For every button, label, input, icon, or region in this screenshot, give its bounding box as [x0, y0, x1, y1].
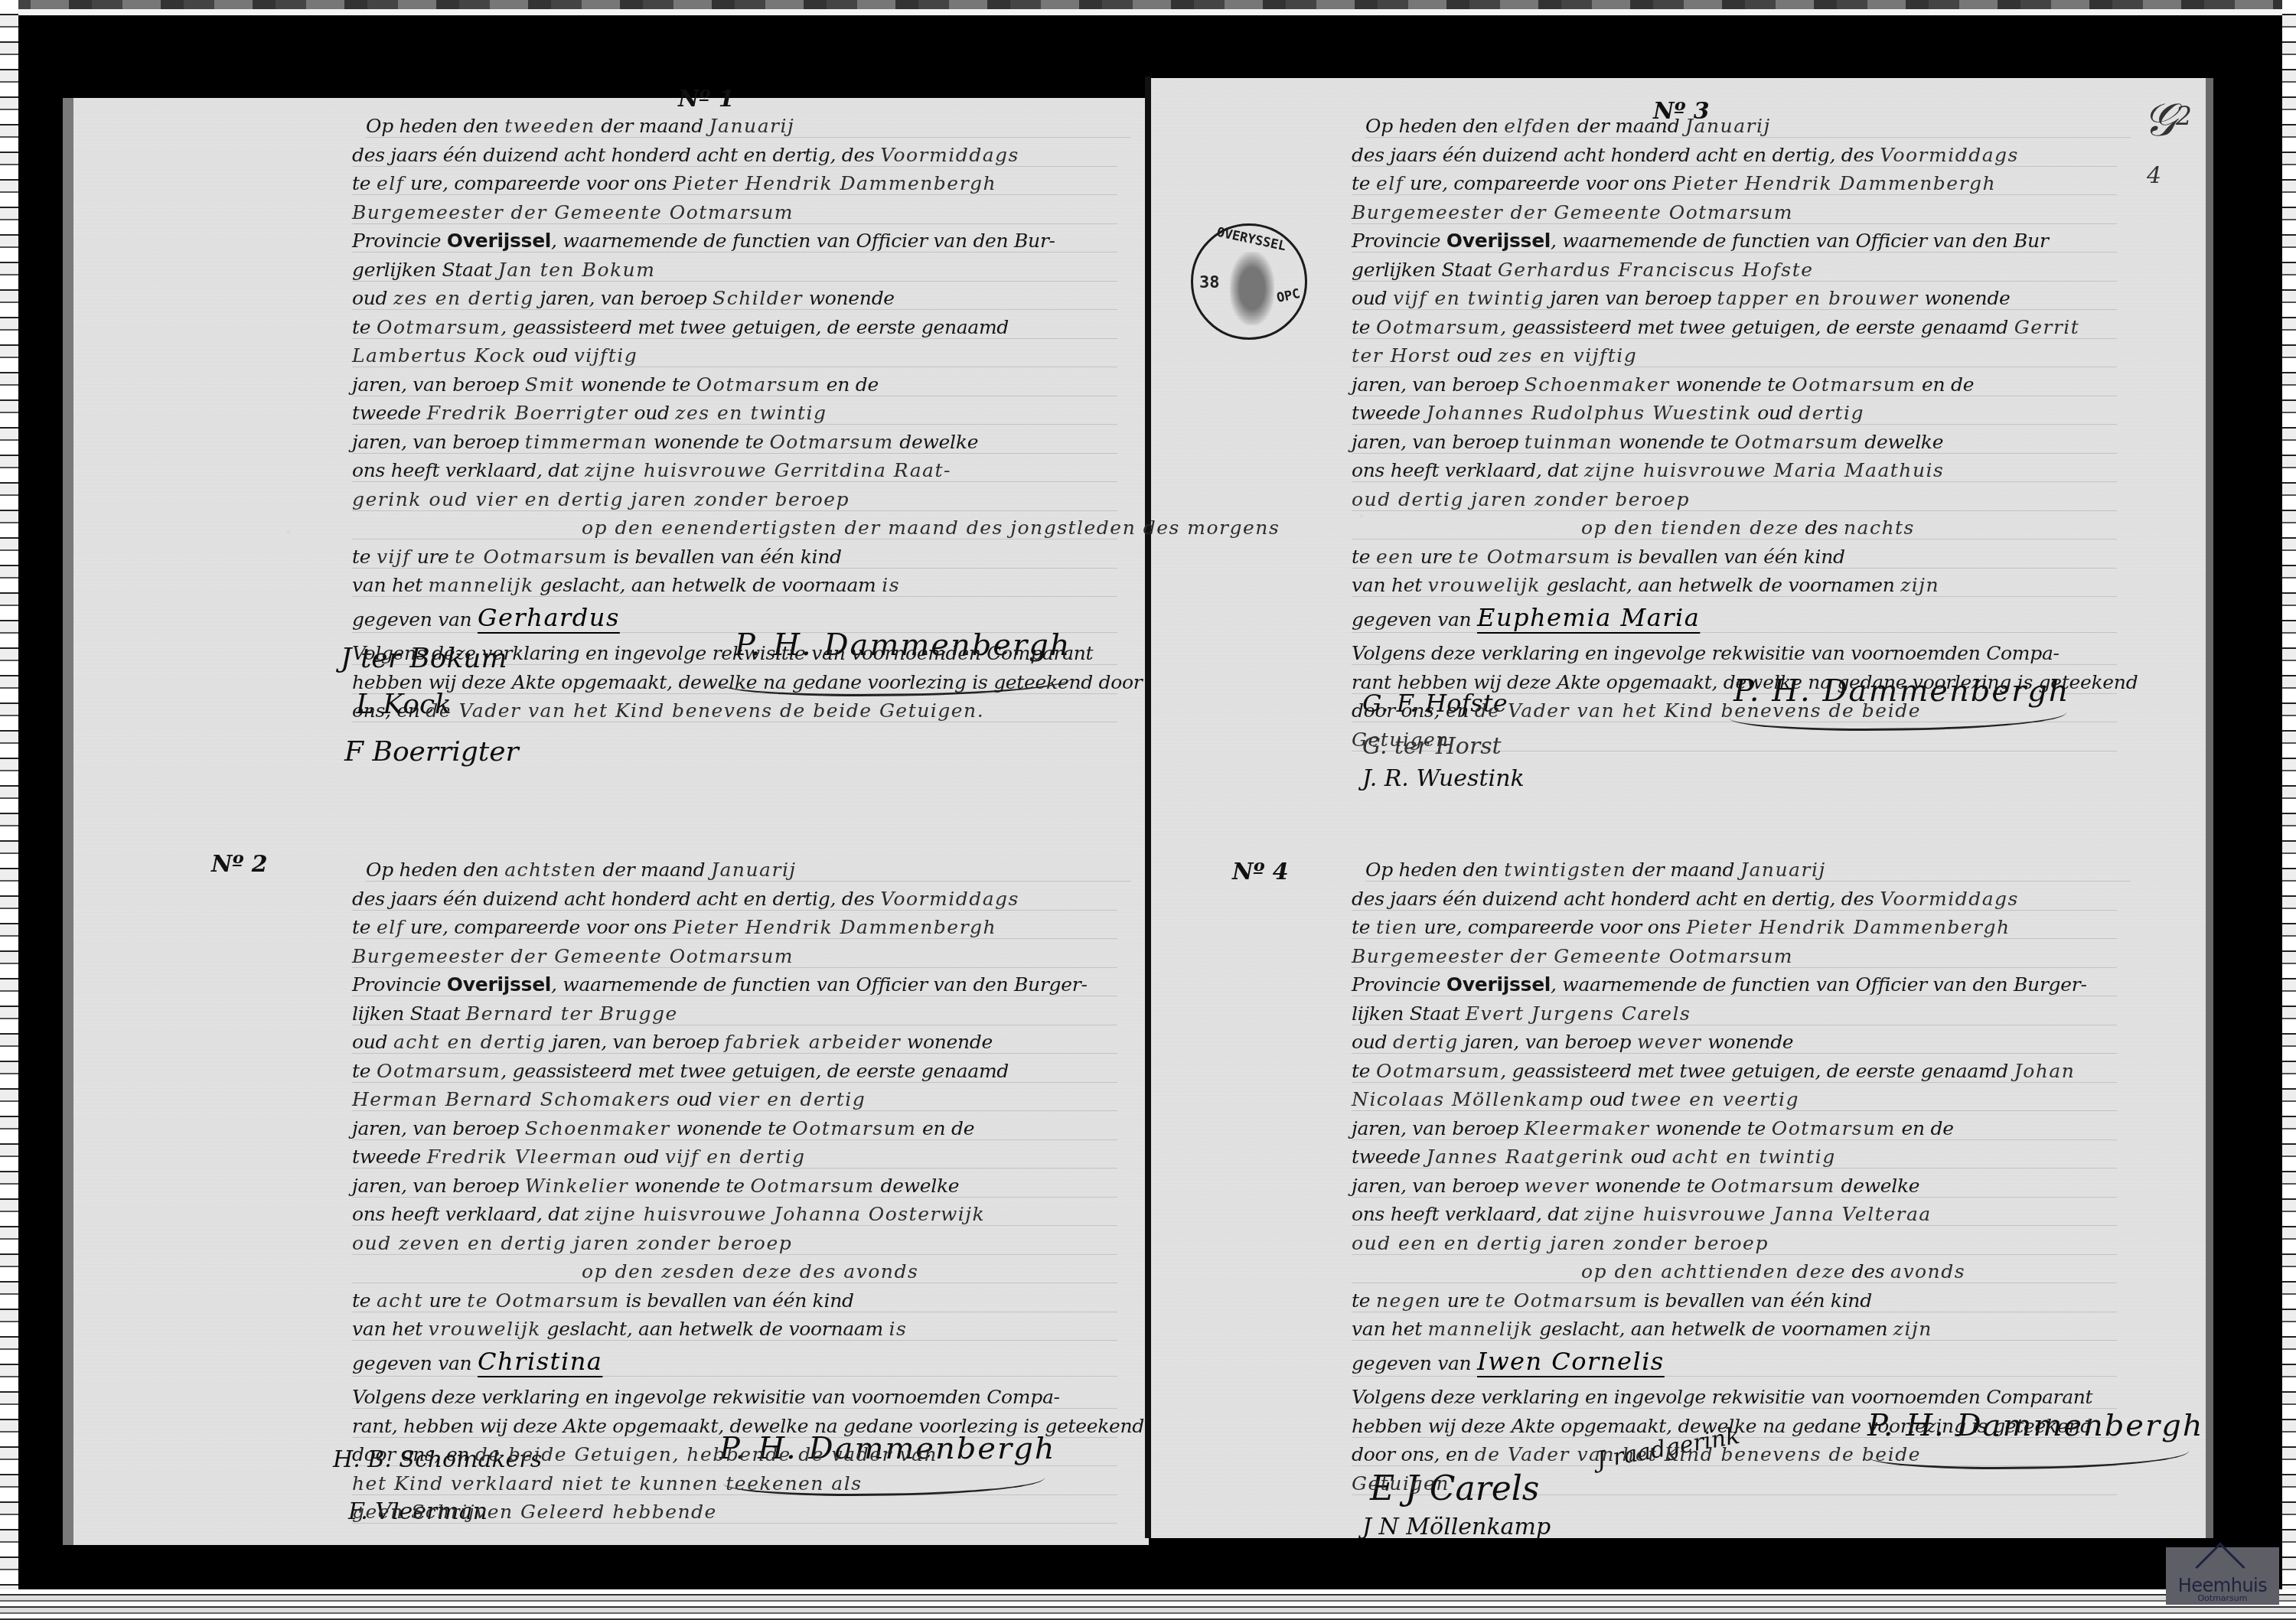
printed-text: jaren, van beroep	[1352, 373, 1525, 396]
printed-text: wonende te	[1613, 431, 1734, 453]
printed-text: der maand	[1571, 115, 1685, 137]
printed-text: jaren, van beroep	[1352, 1175, 1525, 1197]
printed-text: van het	[1352, 1318, 1428, 1340]
record-line: Volgens deze verklaring en ingevolge rek…	[352, 642, 1117, 665]
record-line: tweede Jannes Raatgerink oud acht en twi…	[1352, 1146, 2117, 1169]
record-line: ons heeft verklaard, dat zijne huisvrouw…	[1352, 459, 2117, 482]
handwritten-entry: vrouwelijk	[1428, 574, 1541, 596]
printed-text: en de	[820, 373, 879, 396]
record-line: Herman Bernard Schomakers oud vier en de…	[352, 1088, 1117, 1111]
printed-text: Provincie	[352, 973, 447, 996]
handwritten-entry: de Vader van het Kind benevens de beide …	[426, 699, 984, 722]
printed-text: jaren, van beroep	[1459, 1031, 1637, 1053]
printed-text: te	[1352, 546, 1376, 568]
record-line: oud zes en dertig jaren, van beroep Schi…	[352, 287, 1117, 310]
handwritten-entry: te Ootmarsum	[455, 546, 608, 568]
printed-text: des jaars één duizend acht honderd acht …	[1352, 144, 1880, 166]
handwritten-entry: geen Schrijven Geleerd hebbende	[352, 1501, 717, 1523]
printed-text: is bevallen van één kind	[1638, 1289, 1872, 1312]
printed-text: tweede	[352, 402, 427, 424]
handwritten-entry: op den achttienden deze	[1581, 1260, 1846, 1283]
handwritten-entry: Ootmarsum	[1772, 1117, 1896, 1139]
printed-text: jaren, van beroep	[352, 1117, 525, 1139]
handwritten-entry: Bernard ter Brugge	[466, 1002, 678, 1025]
printed-text: oud	[352, 287, 393, 309]
printed-text: en de	[1916, 373, 1974, 396]
handwritten-entry: vijftig	[574, 344, 638, 367]
record-line: Volgens deze verklaring en ingevolge rek…	[1352, 642, 2117, 665]
printed-text: oud	[1451, 344, 1499, 367]
record-line: gerlijken Staat Gerhardus Franciscus Hof…	[1352, 259, 2117, 282]
printed-text: oud	[628, 402, 676, 424]
printed-text: te	[352, 546, 377, 568]
handwritten-entry: op den eenendertigsten der maand des jon…	[582, 517, 1280, 539]
printed-text: , waarnemende de functien van Officier v…	[1551, 230, 2049, 252]
printed-text: wonende te	[628, 1175, 750, 1197]
printed-text: Provincie	[1352, 230, 1446, 252]
printed-text: tweede	[352, 1146, 427, 1168]
handwritten-entry: Burgemeester der Gemeente Ootmarsum	[1352, 945, 1793, 967]
printed-text: te	[1352, 1289, 1376, 1312]
child-name: Iwen Cornelis	[1477, 1347, 1665, 1376]
printed-text: Volgens deze verklaring en ingevolge rek…	[1352, 1386, 2092, 1408]
printed-text: der maand	[597, 859, 711, 881]
printed-text: geslacht, aan hetwelk de voornamen	[1541, 574, 1900, 596]
record-line: jaren, van beroep timmerman wonende te O…	[352, 431, 1117, 454]
handwritten-entry: Smit	[525, 373, 575, 396]
printed-text: ure	[411, 546, 455, 568]
record-line: oud dertig jaren, van beroep wever wonen…	[1352, 1031, 2117, 1054]
handwritten-entry: Burgemeester der Gemeente Ootmarsum	[352, 201, 794, 223]
handwritten-entry: Ootmarsum	[377, 1060, 501, 1082]
record-line: oud een en dertig jaren zonder beroep	[1352, 1232, 2117, 1255]
record-line: jaren, van beroep tuinman wonende te Oot…	[1352, 431, 2117, 454]
handwritten-entry: tuinman	[1525, 431, 1613, 453]
scan-edge-right	[2282, 0, 2296, 1620]
handwritten-entry: Winkelier	[525, 1175, 629, 1197]
record-line: Op heden den twintigsten der maand Janua…	[1365, 859, 2131, 882]
printed-text: gegeven van	[1352, 1352, 1477, 1374]
handwritten-entry: te Ootmarsum	[1485, 1289, 1638, 1312]
printed-text: lijken Staat	[1352, 1002, 1466, 1025]
handwritten-entry: Getuigen	[1352, 1472, 1450, 1495]
printed-text: Volgens deze verklaring en ingevolge rek…	[352, 1386, 1060, 1408]
printed-text: wonende te	[1649, 1117, 1771, 1139]
handwritten-entry: acht en twintig	[1672, 1146, 1836, 1168]
handwritten-entry: dertig	[1393, 1031, 1459, 1053]
folio-mark-margin: 4	[2147, 162, 2161, 189]
printed-text: door ons, en	[352, 1443, 475, 1465]
printed-text: des	[1799, 517, 1844, 539]
handwritten-entry: zijne huisvrouwe Gerritdina Raat-	[585, 459, 951, 481]
record-line: jaren, van beroep Schoenmaker wonende te…	[352, 1117, 1117, 1140]
printed-text: te	[352, 1060, 377, 1082]
handwritten-entry: vijf	[377, 546, 411, 568]
printed-text: der maand	[595, 115, 709, 137]
handwritten-entry: Ootmarsum	[696, 373, 820, 396]
child-name: Euphemia Maria	[1477, 603, 1700, 632]
printed-text: dewelke	[1859, 431, 1943, 453]
printed-text: te	[1352, 916, 1376, 938]
record-line: Op heden den achtsten der maand Januarij	[366, 859, 1131, 882]
printed-text: der maand	[1626, 859, 1740, 881]
printed-text: te	[352, 172, 377, 194]
handwritten-entry: elfden	[1504, 115, 1571, 137]
handwritten-entry: is	[882, 574, 900, 596]
scan-edge-bottom	[0, 1589, 2296, 1620]
handwritten-entry: Ootmarsum	[1376, 1060, 1500, 1082]
province-name: Overijssel	[1446, 230, 1551, 252]
printed-text: hebben wij deze Akte opgemaakt, dewelke …	[352, 671, 1142, 693]
record-line: oud vijf en twintig jaren van beroep tap…	[1352, 287, 2117, 310]
record-line: door ons, en de Vader van het Kind benev…	[1352, 699, 2117, 722]
handwritten-entry: achtsten	[504, 859, 597, 881]
handwritten-entry: zes en twintig	[675, 402, 827, 424]
record-line: ter Horst oud zes en vijftig	[1352, 344, 2117, 367]
printed-text: geslacht, aan hetwelk de voornamen	[1534, 1318, 1893, 1340]
handwritten-entry: timmerman	[525, 431, 647, 453]
child-name: Christina	[478, 1347, 602, 1376]
printed-text: ure	[423, 1289, 467, 1312]
handwritten-entry: mannelijk	[429, 574, 534, 596]
record-line: het Kind verklaard niet te kunnen teeken…	[352, 1472, 1117, 1495]
handwritten-entry: tapper en brouwer	[1717, 287, 1919, 309]
handwritten-entry: vrouwelijk	[429, 1318, 541, 1340]
handwritten-entry: nachts	[1844, 517, 1915, 539]
printed-text: ure	[1441, 1289, 1485, 1312]
printed-text: dewelke	[875, 1175, 959, 1197]
printed-text: wonende te	[575, 373, 696, 396]
record-line: jaren, van beroep Smit wonende te Ootmar…	[352, 373, 1117, 396]
handwritten-entry: Pieter Hendrik Dammenbergh	[1686, 916, 2010, 938]
handwritten-entry: ter Horst	[1352, 344, 1451, 367]
handwritten-entry: Januarij	[1685, 115, 1771, 137]
handwritten-entry: op den tienden deze	[1581, 517, 1799, 539]
printed-text: door ons, en	[1352, 699, 1475, 722]
handwritten-entry: Januarij	[711, 859, 797, 881]
record-line: te elf ure, compareerde voor ons Pieter …	[352, 172, 1117, 195]
printed-text: te	[1352, 1060, 1376, 1082]
handwritten-entry: Jan ten Bokum	[498, 259, 656, 281]
handwritten-entry: Johannes Rudolphus Wuestink	[1427, 402, 1752, 424]
record-line: des jaars één duizend acht honderd acht …	[352, 144, 1117, 167]
printed-text: te	[352, 1289, 377, 1312]
printed-text: wonende te	[647, 431, 769, 453]
record-line: oud dertig jaren zonder beroep	[1352, 488, 2117, 511]
witness-signature: J. R. Wuestink	[1362, 765, 1525, 792]
handwritten-entry: zijne huisvrouwe Maria Maathuis	[1584, 459, 1944, 481]
handwritten-entry: oud zeven en dertig jaren zonder beroep	[352, 1232, 792, 1254]
handwritten-entry: tweeden	[504, 115, 595, 137]
record-line: op den zesden deze des avonds	[352, 1260, 1117, 1283]
handwritten-entry: te Ootmarsum	[467, 1289, 620, 1312]
record-line: Getuigen	[1352, 1472, 2117, 1495]
printed-text: van het	[352, 1318, 429, 1340]
printed-text: des	[1846, 1260, 1890, 1283]
printed-text: is bevallen van één kind	[1611, 546, 1845, 568]
record-line: van het mannelijk geslacht, aan hetwelk …	[352, 574, 1117, 597]
printed-text: te	[1352, 316, 1376, 338]
handwritten-entry: Burgemeester der Gemeente Ootmarsum	[352, 945, 794, 967]
printed-text: Provincie	[352, 230, 447, 252]
handwritten-entry: Ootmarsum	[1734, 431, 1858, 453]
record-line: geen Schrijven Geleerd hebbende	[352, 1501, 1117, 1524]
record-line: Burgemeester der Gemeente Ootmarsum	[1352, 945, 2117, 968]
handwritten-entry: een	[1376, 546, 1414, 568]
handwritten-entry: het Kind verklaard niet te kunnen teeken…	[352, 1472, 863, 1495]
printed-text: ons heeft verklaard, dat	[1352, 459, 1584, 481]
overijssel-stamp: OVERYSSEL 38 OPC	[1191, 223, 1307, 340]
record-line: Provincie Overijssel, waarnemende de fun…	[352, 230, 1117, 253]
record-line: rant hebben wij deze Akte opgemaakt, dew…	[1352, 671, 2117, 694]
record-line: Volgens deze verklaring en ingevolge rek…	[352, 1386, 1117, 1409]
handwritten-entry: Lambertus Kock	[352, 344, 527, 367]
printed-text: jaren, van beroep	[352, 1175, 525, 1197]
handwritten-entry: acht	[377, 1289, 423, 1312]
handwritten-entry: Schoenmaker	[1525, 373, 1670, 396]
record-number: Nº 2	[211, 851, 268, 878]
handwritten-entry: oud een en dertig jaren zonder beroep	[1352, 1232, 1769, 1254]
record-line: tweede Fredrik Vleerman oud vijf en dert…	[352, 1146, 1117, 1169]
handwritten-entry: Fredrik Boerrigter	[427, 402, 628, 424]
handwritten-entry: Schoenmaker	[525, 1117, 670, 1139]
printed-text: jaren, van beroep	[1352, 431, 1525, 453]
handwritten-entry: zijne huisvrouwe Johanna Oosterwijk	[585, 1203, 985, 1225]
record-line: Op heden den tweeden der maand Januarij	[366, 115, 1131, 138]
handwritten-entry: Johan	[2014, 1060, 2076, 1082]
record-line: des jaars één duizend acht honderd acht …	[352, 888, 1117, 911]
handwritten-entry: Gerhardus Franciscus Hofste	[1498, 259, 1814, 281]
handwritten-entry: Ootmarsum	[769, 431, 893, 453]
printed-text: geslacht, aan hetwelk de voornaam	[541, 1318, 889, 1340]
record-line: te vijf ure te Ootmarsum is bevallen van…	[352, 546, 1117, 569]
handwritten-entry: zijne huisvrouwe Janna Velteraa	[1584, 1203, 1932, 1225]
handwritten-entry: Ootmarsum	[751, 1175, 875, 1197]
handwritten-entry: wever	[1525, 1175, 1590, 1197]
printed-text: tweede	[1352, 1146, 1427, 1168]
handwritten-entry: vier en dertig	[718, 1088, 866, 1110]
printed-text: , waarnemende de functien van Officier v…	[551, 973, 1088, 996]
record-line: hebben wij deze Akte opgemaakt, dewelke …	[1352, 1415, 2117, 1438]
printed-text: te	[352, 316, 377, 338]
record-line: des jaars één duizend acht honderd acht …	[1352, 144, 2117, 167]
printed-text: oud	[618, 1146, 665, 1168]
printed-text: gerlijken Staat	[352, 259, 498, 281]
record-line: tweede Johannes Rudolphus Wuestink oud d…	[1352, 402, 2117, 425]
printed-text: en de	[916, 1117, 974, 1139]
record-line: door ons, en de Vader van het Kind benev…	[1352, 1443, 2117, 1466]
printed-text: , geassisteerd met twee getuigen, de eer…	[1500, 316, 2014, 338]
record-line: gegeven van Iwen Cornelis	[1352, 1347, 2117, 1377]
printed-text: ure, compareerde voor ons	[1404, 172, 1672, 194]
printed-text: gerlijken Staat	[1352, 259, 1498, 281]
record-line: te een ure te Ootmarsum is bevallen van …	[1352, 546, 2117, 569]
handwritten-entry: negen	[1376, 1289, 1441, 1312]
record-line: lijken Staat Bernard ter Brugge	[352, 1002, 1117, 1025]
printed-text: wonende	[1702, 1031, 1794, 1053]
handwritten-entry: acht en dertig	[393, 1031, 546, 1053]
printed-text: wonende te	[670, 1117, 792, 1139]
heemhuis-logo: Heemhuis Ootmarsum	[2166, 1547, 2279, 1605]
record-line: tweede Fredrik Boerrigter oud zes en twi…	[352, 402, 1117, 425]
printed-text: , geassisteerd met twee getuigen, de eer…	[501, 316, 1009, 338]
handwritten-entry: Ootmarsum	[377, 316, 501, 338]
printed-text: oud	[1625, 1146, 1672, 1168]
handwritten-entry: zijn	[1900, 574, 1939, 596]
printed-text: van het	[1352, 574, 1428, 596]
handwritten-entry: Nicolaas Möllenkamp	[1352, 1088, 1583, 1110]
printed-text: oud	[527, 344, 574, 367]
handwritten-entry: de Vader van het Kind benevens de beide	[1475, 1443, 1921, 1465]
printed-text: jaren van beroep	[1544, 287, 1717, 309]
handwritten-entry: zes en vijftig	[1498, 344, 1637, 367]
record-line: Op heden den elfden der maand Januarij	[1365, 115, 2131, 138]
record-line: ons heeft verklaard, dat zijne huisvrouw…	[352, 459, 1117, 482]
printed-text: jaren, van beroep	[1352, 1117, 1525, 1139]
handwritten-entry: twintigsten	[1504, 859, 1626, 881]
printed-text: , waarnemende de functien van Officier v…	[1551, 973, 2087, 996]
record-line: Provincie Overijssel, waarnemende de fun…	[1352, 973, 2117, 996]
handwritten-entry: Fredrik Vleerman	[427, 1146, 618, 1168]
printed-text: jaren, van beroep	[534, 287, 713, 309]
record-line: Burgemeester der Gemeente Ootmarsum	[1352, 201, 2117, 224]
handwritten-entry: twee en veertig	[1631, 1088, 1799, 1110]
printed-text: dewelke	[1835, 1175, 1919, 1197]
printed-text: oud	[1352, 287, 1393, 309]
record-line: des jaars één duizend acht honderd acht …	[1352, 888, 2117, 911]
record-line: te acht ure te Ootmarsum is bevallen van…	[352, 1289, 1117, 1312]
record-line: gegeven van Gerhardus	[352, 603, 1117, 633]
handwritten-entry: fabriek arbeider	[725, 1031, 901, 1053]
handwritten-entry: dertig	[1799, 402, 1864, 424]
printed-text: gegeven van	[1352, 608, 1477, 631]
record-line: op den achttienden deze des avonds	[1352, 1260, 2117, 1283]
handwritten-entry: gerink oud vier en dertig jaren zonder b…	[352, 488, 850, 510]
record-line: lijken Staat Evert Jurgens Carels	[1352, 1002, 2117, 1025]
printed-text: wonende te	[1589, 1175, 1711, 1197]
printed-text: gegeven van	[352, 1352, 478, 1374]
printed-text: ons heeft verklaard, dat	[1352, 1203, 1584, 1225]
printed-text: jaren, van beroep	[352, 431, 525, 453]
printed-text: is bevallen van één kind	[608, 546, 842, 568]
handwritten-entry: Jannes Raatgerink	[1427, 1146, 1625, 1168]
record-line: van het mannelijk geslacht, aan hetwelk …	[1352, 1318, 2117, 1341]
printed-text: ons heeft verklaard, dat	[352, 459, 585, 481]
witness-signature: F Boerrigter	[344, 736, 519, 768]
printed-text: tweede	[1352, 402, 1427, 424]
record-line: te tien ure, compareerde voor ons Pieter…	[1352, 916, 2117, 939]
record-number: Nº 1	[678, 86, 735, 112]
record-line: gegeven van Christina	[352, 1347, 1117, 1377]
printed-text: ure, compareerde voor ons	[404, 172, 673, 194]
handwritten-entry: elf	[1376, 172, 1404, 194]
printed-text: jaren, van beroep	[546, 1031, 725, 1053]
handwritten-entry: zijn	[1893, 1318, 1932, 1340]
handwritten-entry: op den zesden deze des avonds	[582, 1260, 918, 1283]
record-line: Provincie Overijssel, waarnemende de fun…	[352, 973, 1117, 996]
handwritten-entry: Schilder	[713, 287, 803, 309]
printed-text: gegeven van	[352, 608, 478, 631]
handwritten-entry: Ootmarsum	[1376, 316, 1500, 338]
record-line: jaren, van beroep Schoenmaker wonende te…	[1352, 373, 2117, 396]
printed-text: ons, en	[352, 699, 426, 722]
scan-edge-top-highlight	[0, 9, 2296, 15]
province-name: Overijssel	[1446, 973, 1551, 996]
printed-text: wonende	[1919, 287, 2011, 309]
handwritten-entry: Pieter Hendrik Dammenbergh	[673, 916, 996, 938]
handwritten-entry: Pieter Hendrik Dammenbergh	[1672, 172, 1996, 194]
handwritten-entry: elf	[377, 916, 405, 938]
handwritten-entry: Voormiddags	[880, 144, 1019, 166]
printed-text: wonende	[901, 1031, 993, 1053]
witness-signature: J N Möllenkamp	[1362, 1514, 1551, 1540]
handwritten-entry: is	[889, 1318, 907, 1340]
printed-text: Op heden den	[366, 859, 504, 881]
record-line: te Ootmarsum, geassisteerd met twee getu…	[1352, 316, 2117, 339]
printed-text: lijken Staat	[352, 1002, 466, 1025]
record-line: Burgemeester der Gemeente Ootmarsum	[352, 945, 1117, 968]
handwritten-entry: te Ootmarsum	[1458, 546, 1611, 568]
printed-text: oud	[1752, 402, 1799, 424]
printed-text: ure, compareerde voor ons	[1418, 916, 1687, 938]
printed-text: Volgens deze verklaring en ingevolge rek…	[1352, 642, 2060, 664]
printed-text: Op heden den	[1365, 115, 1504, 137]
printed-text: jaren, van beroep	[352, 373, 525, 396]
folio-mark-top: 𝒢2	[2143, 93, 2192, 147]
handwritten-entry: Kleermaker	[1525, 1117, 1650, 1139]
handwritten-entry: de beide Getuigen, hebbende de vader van	[475, 1443, 938, 1465]
record-line: te Ootmarsum, geassisteerd met twee getu…	[352, 1060, 1117, 1083]
record-line: Nicolaas Möllenkamp oud twee en veertig	[1352, 1088, 2117, 1111]
printed-text: dewelke	[894, 431, 978, 453]
handwritten-entry: Ootmarsum	[792, 1117, 916, 1139]
handwritten-entry: Getuigen	[1352, 729, 1450, 751]
record-line: gegeven van Euphemia Maria	[1352, 603, 2117, 633]
printed-text: oud	[1583, 1088, 1631, 1110]
printed-text: te	[1352, 172, 1376, 194]
printed-text: Op heden den	[1365, 859, 1504, 881]
handwritten-entry: Gerrit	[2014, 316, 2080, 338]
record-line: op den tienden deze des nachts	[1352, 517, 2117, 539]
printed-text: ons heeft verklaard, dat	[352, 1203, 585, 1225]
handwritten-entry: de Vader van het Kind benevens de beide	[1475, 699, 1921, 722]
handwritten-entry: wever	[1637, 1031, 1702, 1053]
record-line: ons, en de Vader van het Kind benevens d…	[352, 699, 1117, 722]
handwritten-entry: oud dertig jaren zonder beroep	[1352, 488, 1690, 510]
child-name: Gerhardus	[478, 603, 620, 632]
record-line: jaren, van beroep Kleermaker wonende te …	[1352, 1117, 2117, 1140]
record-line: van het vrouwelijk geslacht, aan hetwelk…	[352, 1318, 1117, 1341]
record-line: Volgens deze verklaring en ingevolge rek…	[1352, 1386, 2117, 1409]
handwritten-entry: Voormiddags	[1880, 144, 2019, 166]
record-line: van het vrouwelijk geslacht, aan hetwelk…	[1352, 574, 2117, 597]
printed-text: des jaars één duizend acht honderd acht …	[352, 144, 880, 166]
record-line: oud acht en dertig jaren, van beroep fab…	[352, 1031, 1117, 1054]
printed-text: oud	[1352, 1031, 1393, 1053]
record-number: Nº 4	[1232, 859, 1289, 885]
book-spine	[1145, 77, 1151, 1538]
printed-text: des jaars één duizend acht honderd acht …	[1352, 888, 1880, 910]
printed-text: Provincie	[1352, 973, 1446, 996]
record-line: te elf ure, compareerde voor ons Pieter …	[352, 916, 1117, 939]
printed-text: door ons, en	[1352, 1443, 1475, 1465]
record-line: gerink oud vier en dertig jaren zonder b…	[352, 488, 1117, 511]
handwritten-entry: zes en dertig	[393, 287, 534, 309]
printed-text: des jaars één duizend acht honderd acht …	[352, 888, 880, 910]
handwritten-entry: Herman Bernard Schomakers	[352, 1088, 670, 1110]
printed-text: wonende	[803, 287, 895, 309]
record-line: Provincie Overijssel, waarnemende de fun…	[1352, 230, 2117, 253]
